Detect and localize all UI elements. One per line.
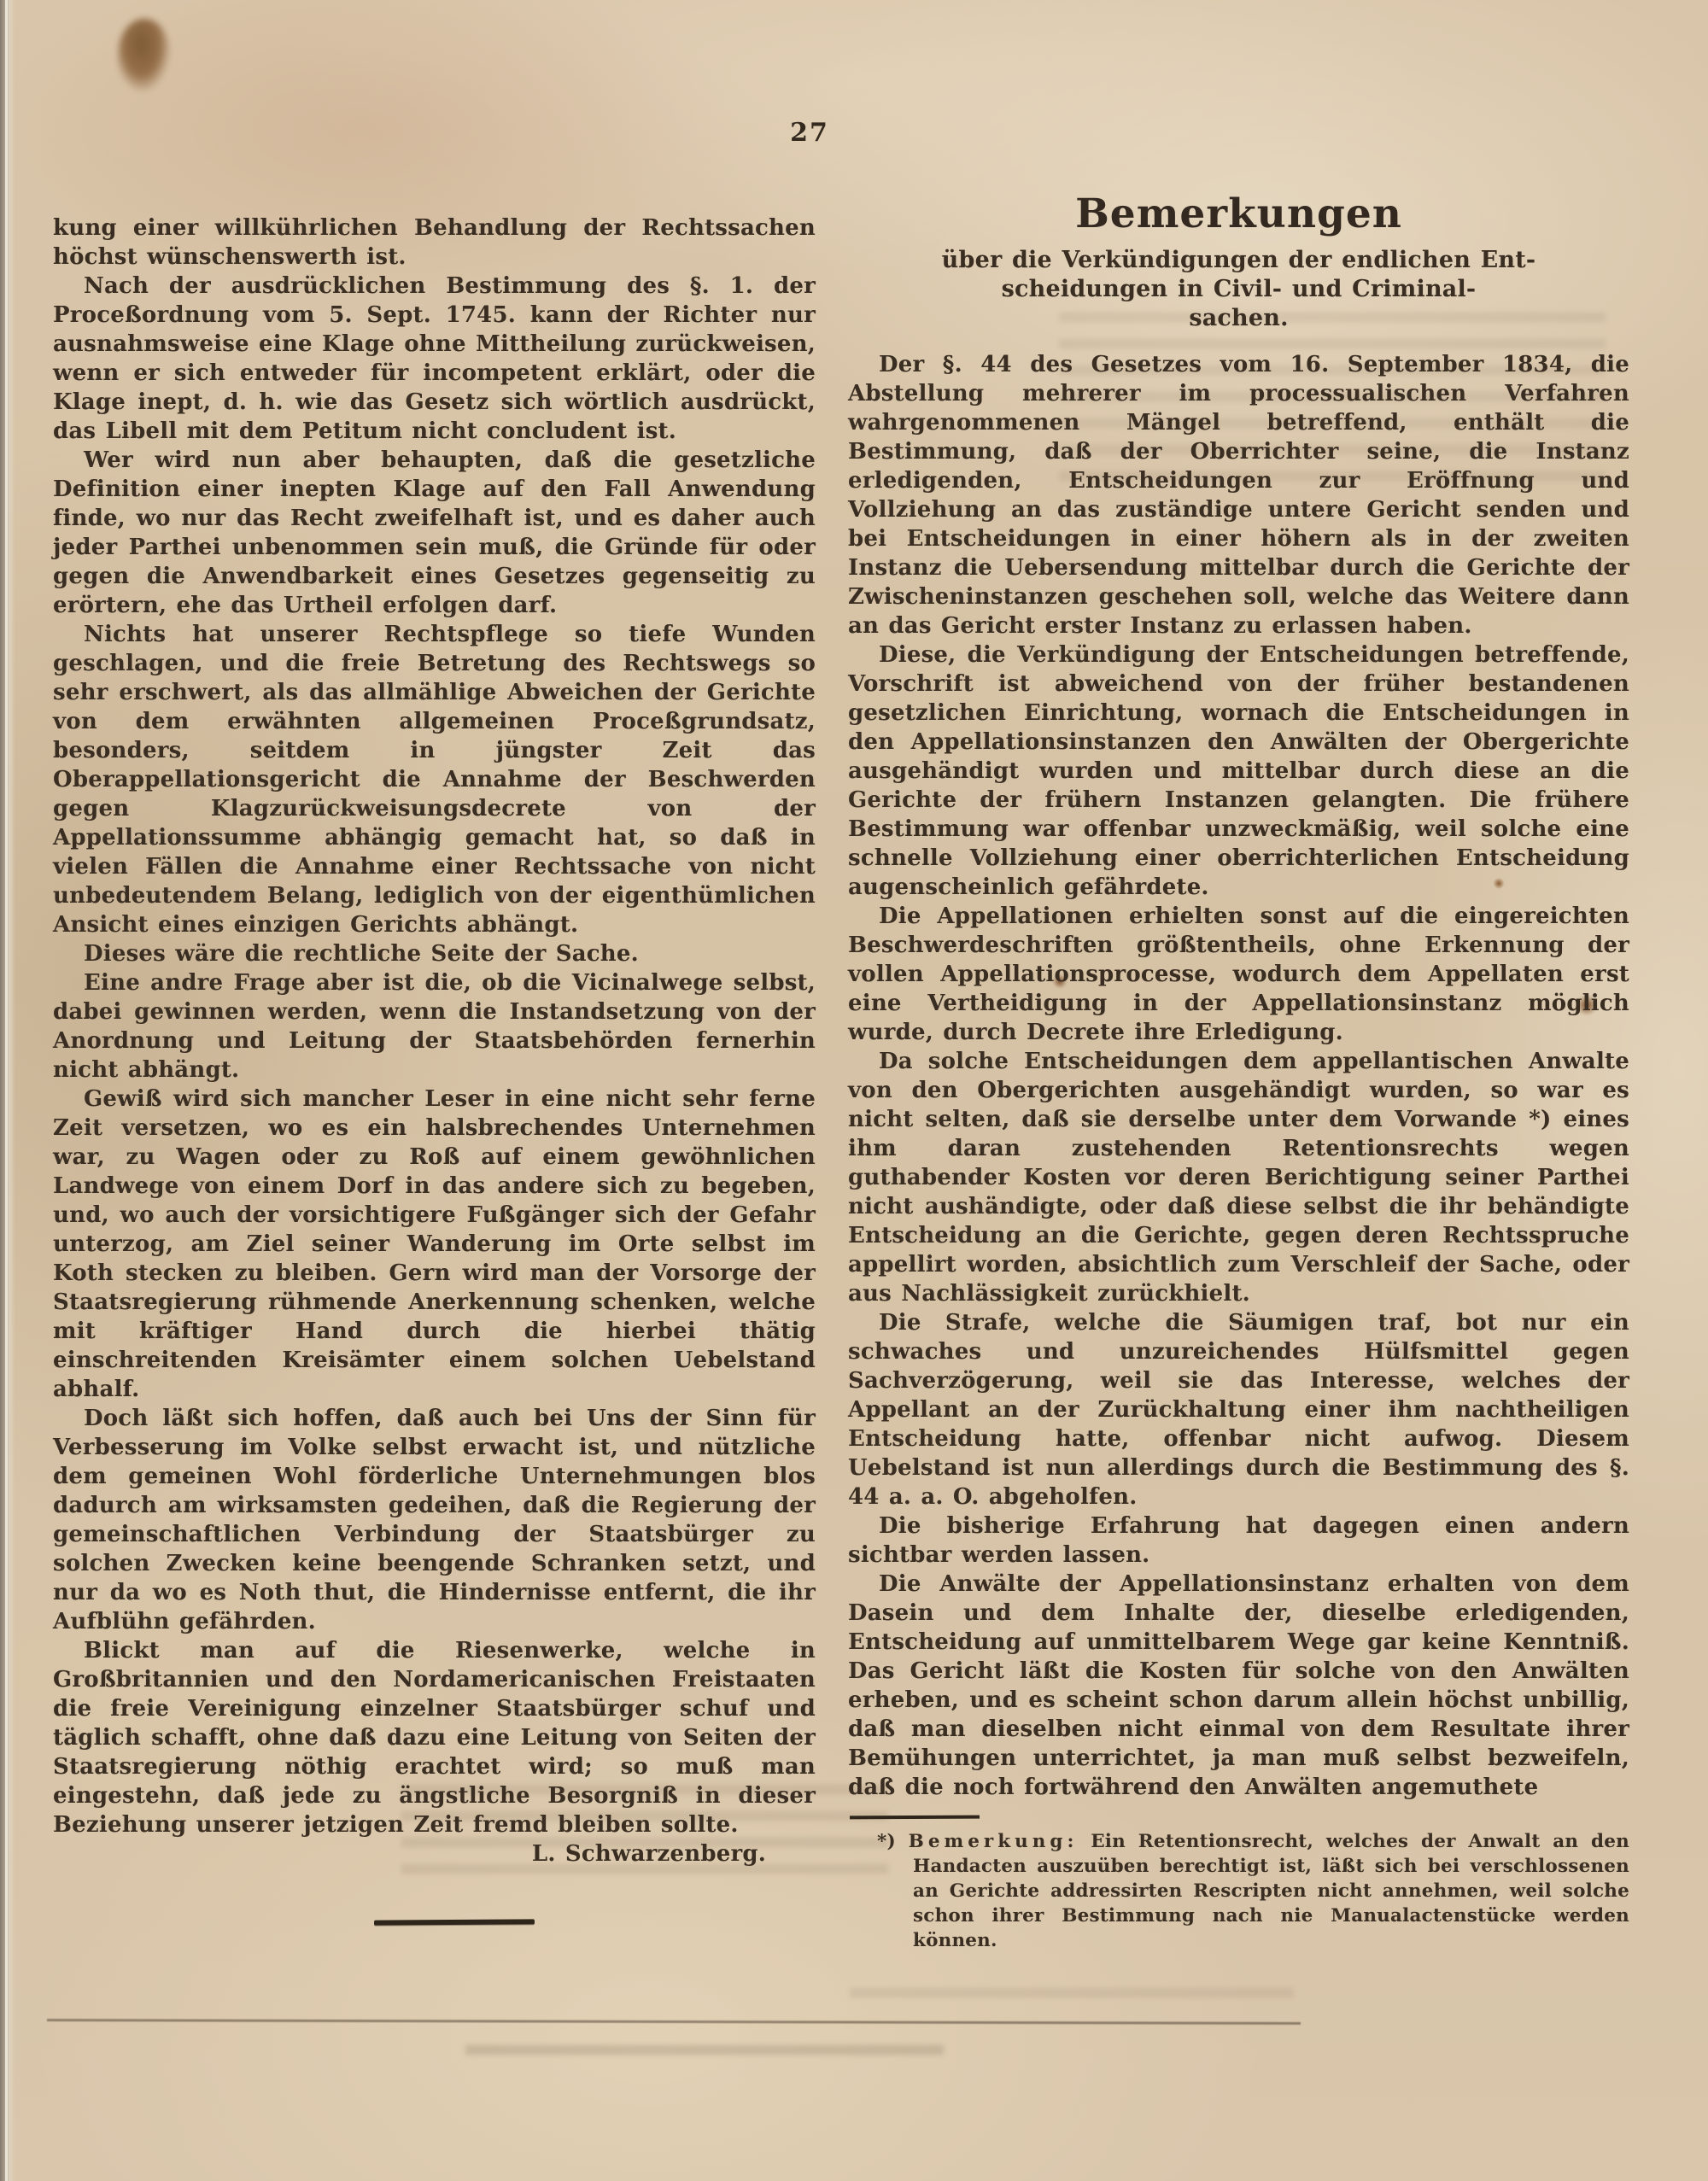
scan-page-edge-highlight (5, 0, 8, 2181)
right-column: Bemerkungen über die Verkündigungen der … (848, 190, 1629, 1953)
paragraph: Blickt man auf die Riesenwerke, welche i… (53, 1636, 816, 1839)
footnote-rule (850, 1816, 980, 1820)
section-divider-rule (374, 1919, 535, 1925)
author-signature: L. Schwarzenberg. (53, 1839, 816, 1868)
paragraph: kung einer willkührlichen Behandlung der… (53, 213, 816, 272)
paragraph: Die bisherige Erfahrung hat dagegen eine… (848, 1511, 1629, 1570)
paragraph: Gewiß wird sich mancher Leser in eine ni… (53, 1085, 816, 1404)
paragraph: Da solche Entscheidungen dem appellantis… (848, 1047, 1629, 1308)
paragraph: Wer wird nun aber behaupten, daß die ges… (53, 446, 816, 620)
bleedthrough-text-smudge (465, 2037, 944, 2062)
scanned-journal-page: { "page": { "number": "27" }, "left_colu… (0, 0, 1708, 2181)
paragraph: Die Strafe, welche die Säumigen traf, bo… (848, 1308, 1629, 1511)
footnote-label: Bemerkung: (909, 1831, 1079, 1852)
article-subtitle-line: über die Verkündigungen der endlichen En… (848, 246, 1629, 275)
article-title: Bemerkungen (848, 190, 1629, 239)
paragraph: Diese, die Verkündigung der Entscheidung… (848, 640, 1629, 902)
paragraph: Nach der ausdrücklichen Bestimmung des §… (53, 272, 816, 446)
paragraph: Eine andre Frage aber ist die, ob die Vi… (53, 968, 816, 1085)
article-subtitle: über die Verkündigungen der endlichen En… (848, 246, 1629, 333)
article-subtitle-line: sachen. (848, 304, 1629, 333)
bottom-faint-rule (47, 2019, 1301, 2025)
left-column: kung einer willkührlichen Behandlung der… (53, 213, 816, 1868)
article-subtitle-line: scheidungen in Civil- und Criminal- (848, 275, 1629, 304)
scan-page-edge (0, 0, 15, 2181)
paragraph: Der §. 44 des Gesetzes vom 16. September… (848, 350, 1629, 640)
footnote: *) Bemerkung: Ein Retentionsrecht, welch… (848, 1829, 1629, 1953)
paragraph: Nichts hat unserer Rechtspflege so tiefe… (53, 620, 816, 939)
paragraph: Die Appellationen erhielten sonst auf di… (848, 902, 1629, 1047)
paragraph: Dieses wäre die rechtliche Seite der Sac… (53, 939, 816, 968)
page-number: 27 (784, 118, 835, 148)
paragraph: Doch läßt sich hoffen, daß auch bei Uns … (53, 1404, 816, 1636)
bleedthrough-text-smudge (850, 1979, 1294, 2009)
footnote-marker: *) (877, 1831, 896, 1852)
paragraph: Die Anwälte der Appellationsinstanz erha… (848, 1570, 1629, 1802)
ink-stain (118, 19, 171, 92)
